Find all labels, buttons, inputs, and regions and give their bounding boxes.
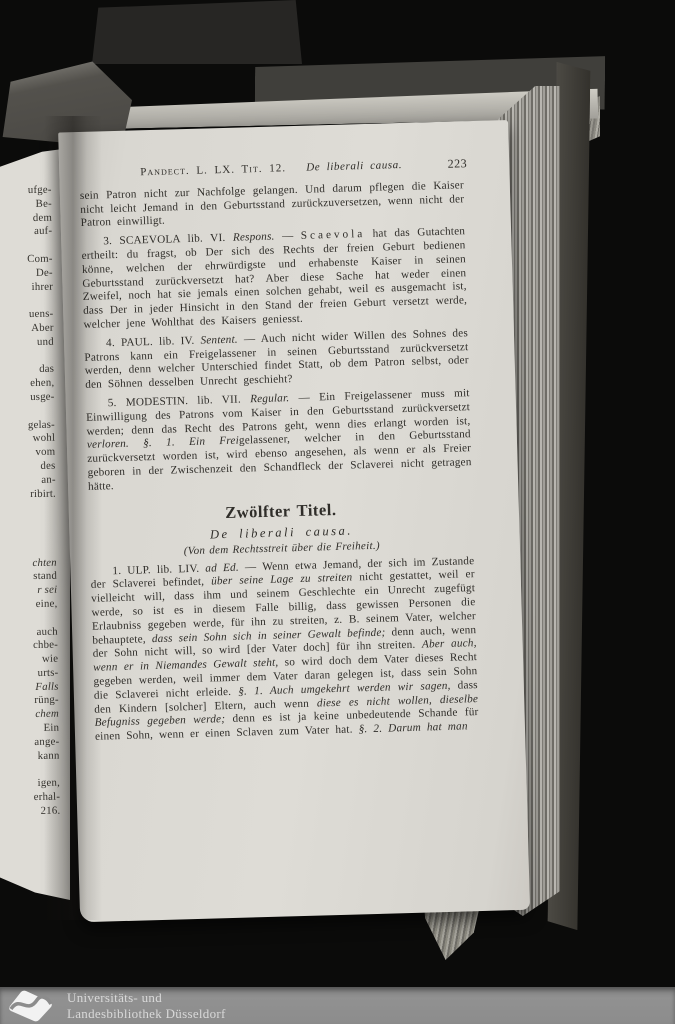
left-page-fragment: igen, [4, 777, 60, 792]
left-page-fragment: chten [1, 556, 57, 571]
paragraph: 3. SCAEVOLA lib. VI. Respons. — Scaevola… [81, 225, 468, 332]
left-page-text: ufge-Be-demauf- Com-De-ihrer uens-Aberun… [0, 184, 70, 820]
left-page-fragment: vom [0, 446, 55, 461]
left-page-fragment [0, 294, 53, 309]
book-page: Pandect. L. LX. Tit. 12. De liberali cau… [58, 120, 530, 922]
left-page-fragment: uens- [0, 308, 53, 323]
left-page-fragment: De- [0, 266, 53, 281]
left-page-fragment: dem [0, 211, 52, 226]
paragraph: 4. PAUL. lib. IV. Sentent. — Auch nicht … [84, 327, 469, 393]
library-name-line2: Landesbibliothek Düsseldorf [67, 1006, 226, 1022]
left-page-fragment: ribirt. [0, 487, 56, 502]
left-page-fragment: Ein [3, 722, 59, 737]
page-text: sein Patron nicht zur Nachfolge gelangen… [80, 179, 479, 745]
left-page-fragment: Aber [0, 322, 54, 337]
left-page-fragment: ihrer [0, 280, 53, 295]
left-page-fragment [0, 239, 53, 254]
left-page-fragment: kann [3, 749, 59, 764]
left-page-fragment: chbe- [2, 639, 58, 654]
left-page-fragment [0, 515, 56, 530]
left-page-fragment: ufge- [0, 184, 52, 199]
left-page-fragment: ange- [3, 736, 59, 751]
library-name-line1: Universitäts- und [67, 990, 226, 1006]
left-page-fragment: an- [0, 473, 56, 488]
library-name: Universitäts- und Landesbibliothek Düsse… [67, 990, 226, 1021]
left-page-fragment [0, 529, 56, 544]
page-number: 223 [448, 157, 468, 171]
left-page-fragment: Falls [3, 680, 59, 695]
left-page-fragment: Com- [0, 253, 53, 268]
left-page-fragment: auch [2, 625, 58, 640]
left-page-fragment: usge- [0, 391, 55, 406]
left-page-fragment: eine, [1, 598, 57, 613]
left-page-fragment [0, 349, 54, 364]
left-page-fragment: wohl [0, 432, 55, 447]
left-page-fragment: das [0, 363, 54, 378]
book-cover-top-edge [92, 0, 302, 64]
left-page-fragment: chem [3, 708, 59, 723]
left-page-fragment: urts- [2, 667, 58, 682]
left-facing-page: ufge-Be-demauf- Com-De-ihrer uens-Aberun… [0, 148, 70, 900]
book-scan-photo: ufge-Be-demauf- Com-De-ihrer uens-Aberun… [0, 0, 675, 1024]
header-title: De liberali causa. [306, 159, 402, 174]
library-footer-bar: Universitäts- und Landesbibliothek Düsse… [0, 987, 675, 1024]
library-logo-icon [7, 990, 55, 1022]
left-page-fragment [0, 404, 55, 419]
left-page-fragment: und [0, 335, 54, 350]
left-page-fragment: Be- [0, 198, 52, 213]
left-page-fragment: auf- [0, 225, 52, 240]
header-citation: Pandect. L. LX. Tit. 12. [140, 162, 286, 178]
left-page-fragment: erhal- [4, 791, 60, 806]
left-page-fragment: r sei [1, 584, 57, 599]
left-page-fragment: stand [1, 570, 57, 585]
left-page-fragment: ehen, [0, 377, 54, 392]
paragraph: 1. ULP. lib. LIV. ad Ed. — Wenn etwa Jem… [90, 555, 479, 745]
left-page-fragment: rüng- [3, 694, 59, 709]
left-page-fragment: gelas- [0, 418, 55, 433]
paragraph: sein Patron nicht zur Nachfolge gelangen… [80, 179, 465, 231]
left-page-fragment [4, 763, 60, 778]
paragraph: 5. MODESTIN. lib. VII. Regular. — Ein Fr… [86, 387, 473, 494]
left-page-fragment: des [0, 460, 56, 475]
left-page-fragment [1, 542, 57, 557]
left-page-fragment [2, 611, 58, 626]
page-header: Pandect. L. LX. Tit. 12. De liberali cau… [79, 157, 463, 182]
page-content: Pandect. L. LX. Tit. 12. De liberali cau… [58, 120, 525, 745]
left-page-fragment [0, 501, 56, 516]
left-page-fragment: 216. [4, 805, 60, 820]
left-page-fragment: wie [2, 653, 58, 668]
